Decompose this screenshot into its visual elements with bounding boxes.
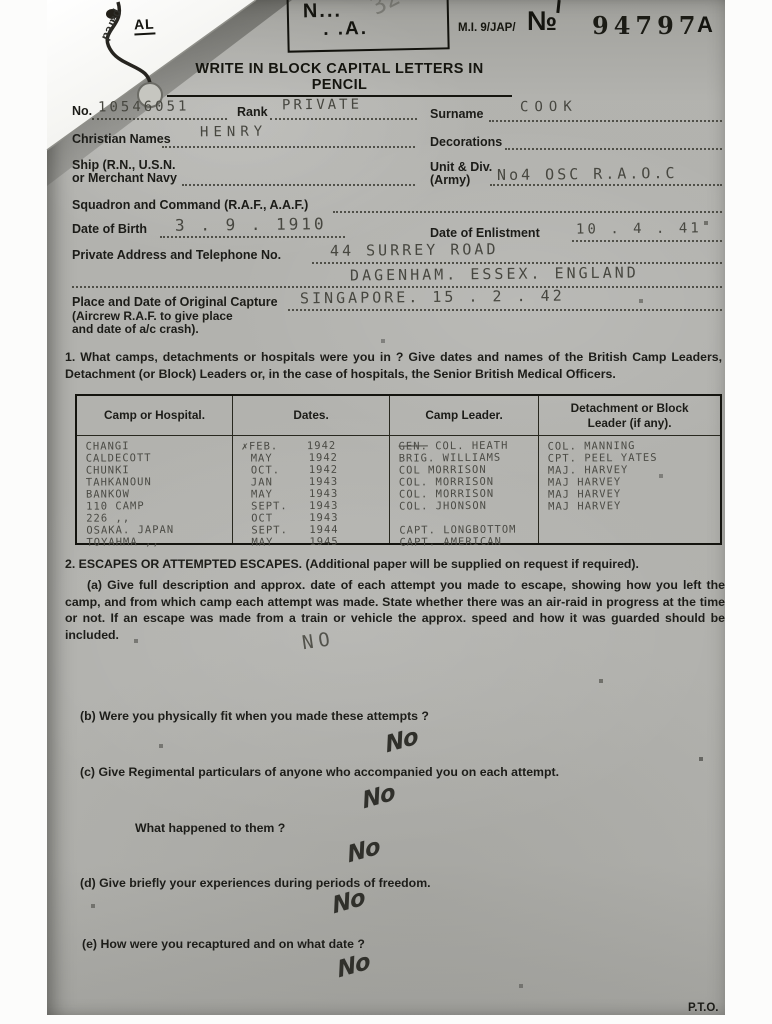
table-col-leader: Camp Leader. GEN. COL. HEATH BRIG. WILLI… (390, 396, 539, 543)
unit-value[interactable]: No4 OSC R.A.O.C (497, 164, 678, 184)
month: MAY (251, 536, 309, 549)
confidential-stamp-fragment: AL (134, 15, 156, 35)
address-label: Private Address and Telephone No. (72, 248, 281, 262)
answer-a[interactable]: NO (301, 628, 337, 654)
stamp-box: N... . .A. 32 (286, 0, 449, 53)
form-title-text: WRITE IN BLOCK CAPITAL LETTERS IN PENCIL (167, 61, 512, 97)
form-title: WRITE IN BLOCK CAPITAL LETTERS IN PENCIL (167, 61, 512, 97)
serial-suffix: A (697, 12, 713, 38)
dotted-line[interactable] (182, 184, 415, 186)
year: 1943 (309, 488, 338, 500)
table-col-dates: Dates. ✗FEB.1942 MAY1942 OCT.1942 JAN194… (233, 396, 390, 543)
capture-label: Place and Date of Original Capture (72, 295, 278, 309)
dotted-line[interactable] (270, 118, 417, 120)
dotted-line[interactable] (288, 309, 722, 311)
dotted-line[interactable] (160, 236, 345, 238)
mi9-reference: M.I. 9/JAP/ (458, 22, 516, 34)
table-col-block-leader: Detachment or Block Leader (if any). COL… (539, 396, 720, 543)
question-2e-text: (e) How were you recaptured and on what … (82, 936, 722, 953)
pencil-mark: ✗ (242, 441, 249, 453)
month: MAY (251, 452, 309, 465)
dotted-line[interactable] (490, 184, 722, 186)
serial-number: 94797 (592, 11, 701, 40)
month: MAY (251, 488, 309, 501)
aircrew-note-line1: (Aircrew R.A.F. to give place (72, 309, 233, 323)
question-2b-text: (b) Were you physically fit when you mad… (80, 708, 720, 725)
service-number-value[interactable]: 10546051 (98, 99, 190, 116)
col-header-dates: Dates. (233, 396, 389, 436)
dotted-line[interactable] (312, 262, 722, 264)
christian-names-value[interactable]: HENRY (200, 124, 267, 141)
struck-text: GEN. (399, 440, 428, 452)
table-cell[interactable]: MAY1945 (242, 535, 387, 548)
month: FEB. (249, 440, 307, 453)
year: 1943 (309, 476, 338, 488)
ship-label-line1: Ship (R.N., U.S.N. (72, 158, 175, 172)
rank-label: Rank (237, 105, 268, 119)
dotted-line[interactable] (333, 211, 722, 213)
table-cell[interactable]: CAPT. LONGBOTTOM (399, 523, 536, 536)
year: 1942 (307, 440, 336, 452)
question-2d-text: (d) Give briefly your experiences during… (80, 875, 720, 892)
camps-table: Camp or Hospital. CHANGI CALDECOTT CHUNK… (75, 394, 722, 545)
table-cell[interactable] (549, 535, 719, 548)
month: OCT. (251, 464, 309, 477)
col-header-camp: Camp or Hospital. (77, 396, 232, 436)
stamp-box-pencil-mark: 32 (366, 0, 405, 21)
leader: COL. HEATH (435, 440, 508, 453)
question-1-text: 1. What camps, detachments or hospitals … (65, 349, 722, 382)
capture-value[interactable]: SINGAPORE. 15 . 2 . 42 (300, 287, 565, 308)
month: OCT (251, 512, 309, 525)
decorations-label: Decorations (430, 135, 502, 149)
year: 1942 (309, 464, 338, 476)
table-cell[interactable]: TOYAHMA ,, (86, 535, 230, 548)
question-2c-text: (c) Give Regimental particulars of anyon… (80, 764, 720, 781)
unit-label-line2: (Army) (430, 173, 470, 187)
enlistment-value[interactable]: 10 . 4 . 41 (576, 220, 702, 237)
unit-label-line1: Unit & Div. (430, 160, 492, 174)
ship-label-line2: or Merchant Navy (72, 171, 177, 185)
col-header-leader: Camp Leader. (390, 396, 538, 436)
address-value-line2[interactable]: DAGENHAM. ESSEX. ENGLAND (350, 263, 639, 284)
question-2c2-text: What happened to them ? (135, 820, 535, 837)
christian-names-label: Christian Names (72, 132, 171, 146)
address-value-line1[interactable]: 44 SURREY ROAD (330, 240, 499, 260)
squadron-label: Squadron and Command (R.A.F., A.A.F.) (72, 198, 308, 212)
rank-value[interactable]: PRIVATE (282, 97, 362, 114)
month: SEPT. (251, 500, 309, 513)
col-header-block-leader: Detachment or Block Leader (if any). (539, 396, 720, 436)
table-col-camp: Camp or Hospital. CHANGI CALDECOTT CHUNK… (77, 396, 233, 543)
number-label: No. (72, 104, 92, 118)
dotted-line[interactable] (162, 146, 415, 148)
month: JAN (251, 476, 309, 489)
surname-label: Surname (430, 107, 484, 121)
question-2-heading: 2. ESCAPES OR ATTEMPTED ESCAPES. (Additi… (65, 556, 725, 573)
year: 1943 (309, 500, 338, 512)
year: 1942 (309, 452, 338, 464)
date-of-birth-value[interactable]: 3 . 9 . 1910 (175, 214, 327, 235)
aircrew-note-line2: and date of a/c crash). (72, 322, 199, 336)
dotted-line[interactable] (92, 118, 227, 120)
surname-value[interactable]: COOK (520, 99, 578, 116)
month: SEPT. (251, 524, 309, 537)
pto-footer: P.T.O. (688, 1002, 718, 1014)
year: 1943 (309, 512, 338, 524)
dotted-line[interactable] (572, 240, 722, 242)
year: 1945 (309, 536, 338, 548)
enlistment-label: Date of Enlistment (430, 226, 540, 240)
year: 1944 (309, 524, 338, 536)
dotted-line[interactable] (505, 148, 722, 150)
table-cell[interactable]: CAPT. AMERICAN (399, 535, 536, 548)
question-2a-text: (a) Give full description and approx. da… (65, 577, 725, 643)
dotted-line[interactable] (489, 120, 722, 122)
number-symbol: № (527, 6, 557, 37)
date-of-birth-label: Date of Birth (72, 222, 147, 236)
stamp-box-line2: . .A. (323, 18, 368, 41)
